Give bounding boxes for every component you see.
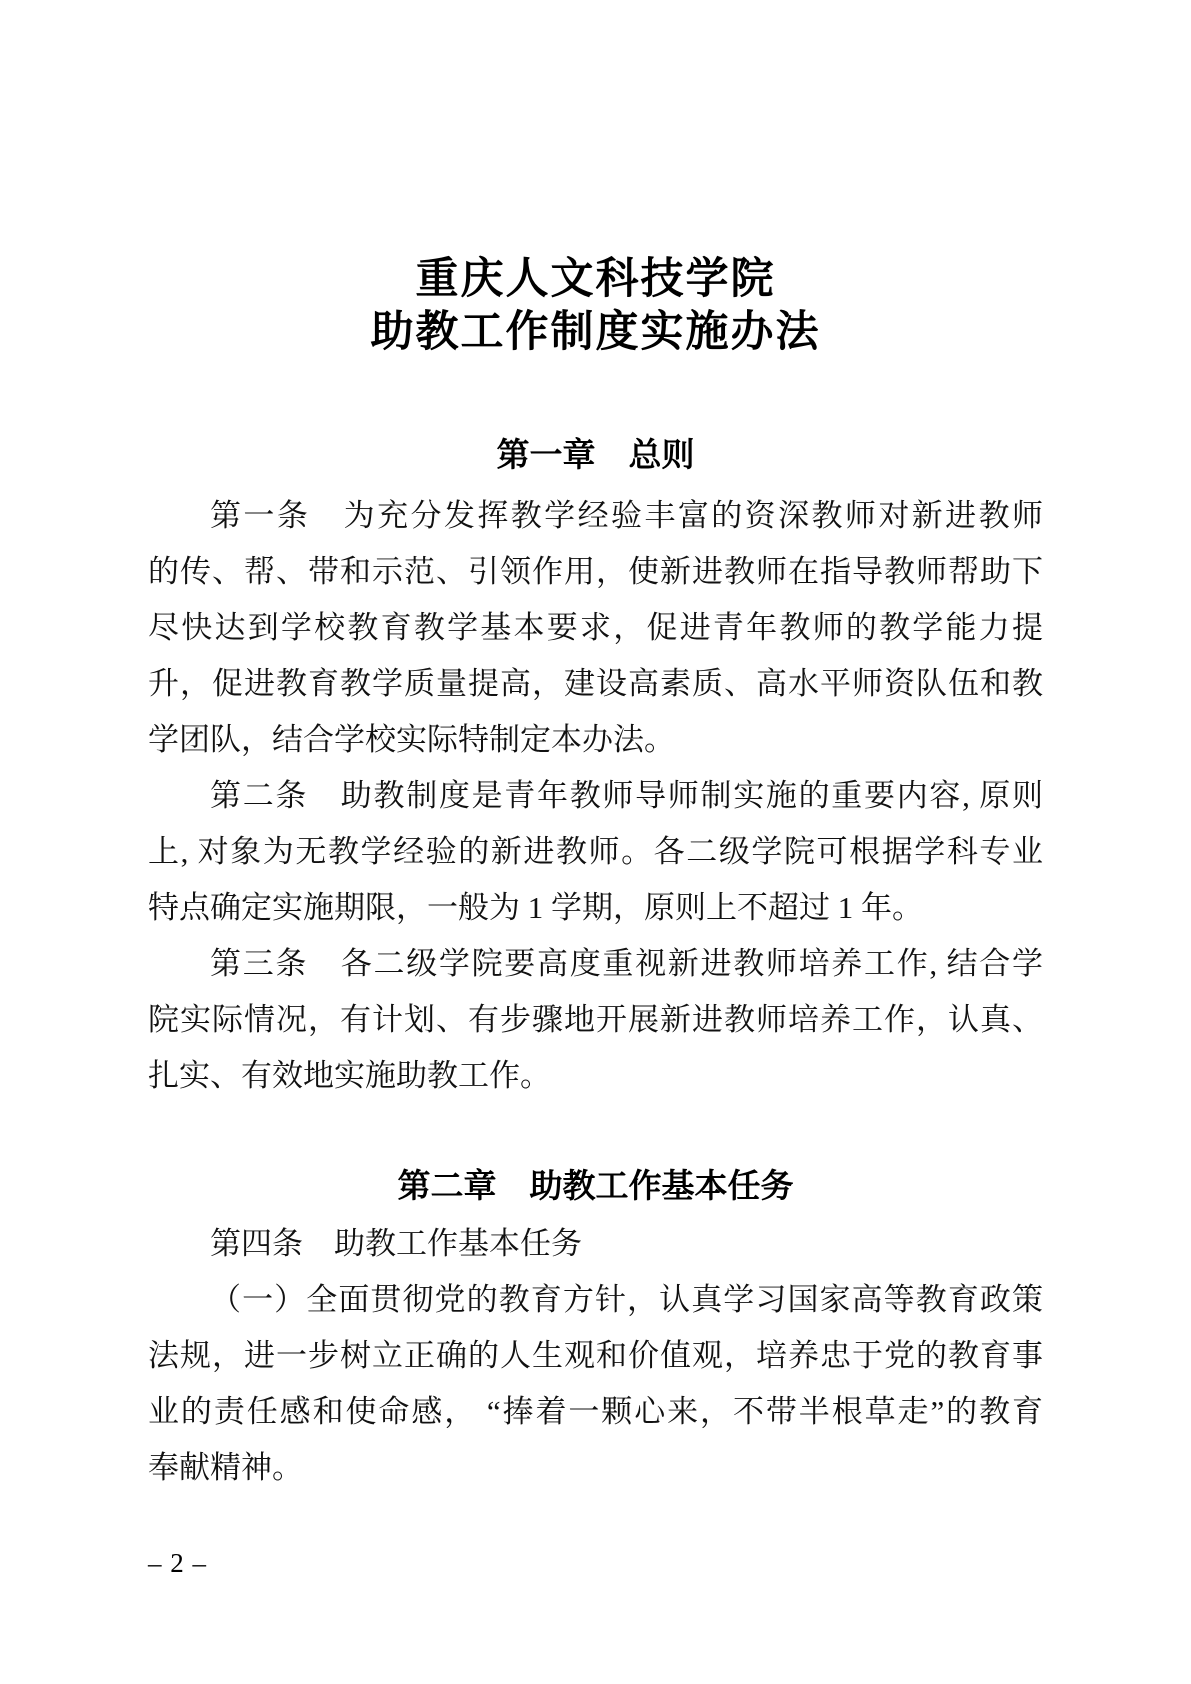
body-line: 院实际情况，有计划、有步骤地开展新进教师培养工作，认真、 xyxy=(148,992,1043,1048)
document-page: 重庆人文科技学院 助教工作制度实施办法 第一章 总则 第一条 为充分发挥教学经验… xyxy=(0,0,1191,1684)
page-number: – 2 – xyxy=(148,1547,207,1579)
body-line: 业的责任感和使命感， “捧着一颗心来，不带半根草走”的教育 xyxy=(148,1384,1043,1440)
body-line: 的传、帮、带和示范、引领作用，使新进教师在指导教师帮助下 xyxy=(148,544,1043,600)
body-line: 学团队，结合学校实际特制定本办法。 xyxy=(148,712,1043,768)
body-line: 特点确定实施期限，一般为 1 学期，原则上不超过 1 年。 xyxy=(148,880,1043,936)
document-title: 重庆人文科技学院 助教工作制度实施办法 xyxy=(148,253,1043,359)
chapter-1-heading: 第一章 总则 xyxy=(148,433,1043,477)
body-line: 尽快达到学校教育教学基本要求，促进青年教师的教学能力提 xyxy=(148,600,1043,656)
chapter-2-body: 第四条 助教工作基本任务（一）全面贯彻党的教育方针，认真学习国家高等教育政策法规… xyxy=(148,1216,1043,1496)
body-line: 第三条 各二级学院要高度重视新进教师培养工作, 结合学 xyxy=(148,936,1043,992)
body-line: 升，促进教育教学质量提高，建设高素质、高水平师资队伍和教 xyxy=(148,656,1043,712)
body-line: 奉献精神。 xyxy=(148,1440,1043,1496)
body-line: （一）全面贯彻党的教育方针，认真学习国家高等教育政策 xyxy=(148,1272,1043,1328)
chapter-2-heading: 第二章 助教工作基本任务 xyxy=(148,1164,1043,1208)
document-title-line2: 助教工作制度实施办法 xyxy=(148,306,1043,359)
body-line: 上, 对象为无教学经验的新进教师。各二级学院可根据学科专业 xyxy=(148,824,1043,880)
document-title-line1: 重庆人文科技学院 xyxy=(148,253,1043,306)
body-line: 第二条 助教制度是青年教师导师制实施的重要内容, 原则 xyxy=(148,768,1043,824)
body-line: 第一条 为充分发挥教学经验丰富的资深教师对新进教师 xyxy=(148,488,1043,544)
body-line: 扎实、有效地实施助教工作。 xyxy=(148,1048,1043,1104)
chapter-1-body: 第一条 为充分发挥教学经验丰富的资深教师对新进教师的传、帮、带和示范、引领作用，… xyxy=(148,488,1043,1104)
body-line: 法规，进一步树立正确的人生观和价值观，培养忠于党的教育事 xyxy=(148,1328,1043,1384)
body-line: 第四条 助教工作基本任务 xyxy=(148,1216,1043,1272)
